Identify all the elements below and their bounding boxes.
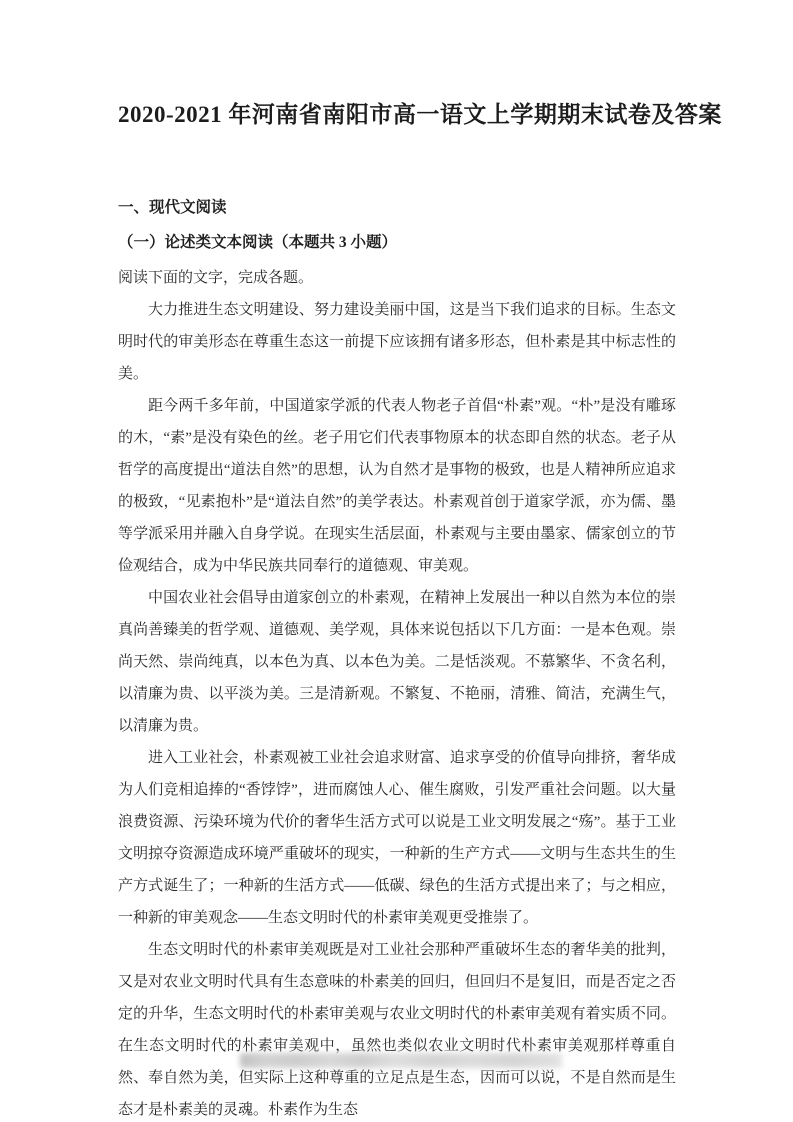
body-paragraph-1: 大力推进生态文明建设、努力建设美丽中国，这是当下我们追求的目标。生态文明时代的审… — [118, 294, 676, 390]
body-paragraph-4: 进入工业社会，朴素观被工业社会追求财富、追求享受的价值导向排挤，奢华成为人们竞相… — [118, 742, 676, 934]
document-content: 2020-2021 年河南省南阳市高一语文上学期期末试卷及答案 一、现代文阅读 … — [118, 0, 676, 1122]
reading-instruction: 阅读下面的文字，完成各题。 — [118, 262, 676, 294]
body-paragraph-5: 生态文明时代的朴素审美观既是对工业社会那种严重破坏生态的奢华美的批判，又是对农业… — [118, 934, 676, 1122]
section-heading-modern-text-reading: 一、现代文阅读 — [118, 192, 676, 224]
body-paragraph-3: 中国农业社会倡导由道家创立的朴素观，在精神上发展出一种以自然为本位的崇真尚善臻美… — [118, 582, 676, 742]
watermark-blur — [240, 1053, 562, 1068]
subsection-heading-argumentative-text: （一）论述类文本阅读（本题共 3 小题） — [118, 227, 676, 259]
document-title: 2020-2021 年河南省南阳市高一语文上学期期末试卷及答案 — [118, 100, 676, 130]
document-page: 2020-2021 年河南省南阳市高一语文上学期期末试卷及答案 一、现代文阅读 … — [0, 0, 793, 1122]
body-paragraph-2: 距今两千多年前，中国道家学派的代表人物老子首倡“朴素”观。“朴”是没有雕琢的木，… — [118, 390, 676, 582]
